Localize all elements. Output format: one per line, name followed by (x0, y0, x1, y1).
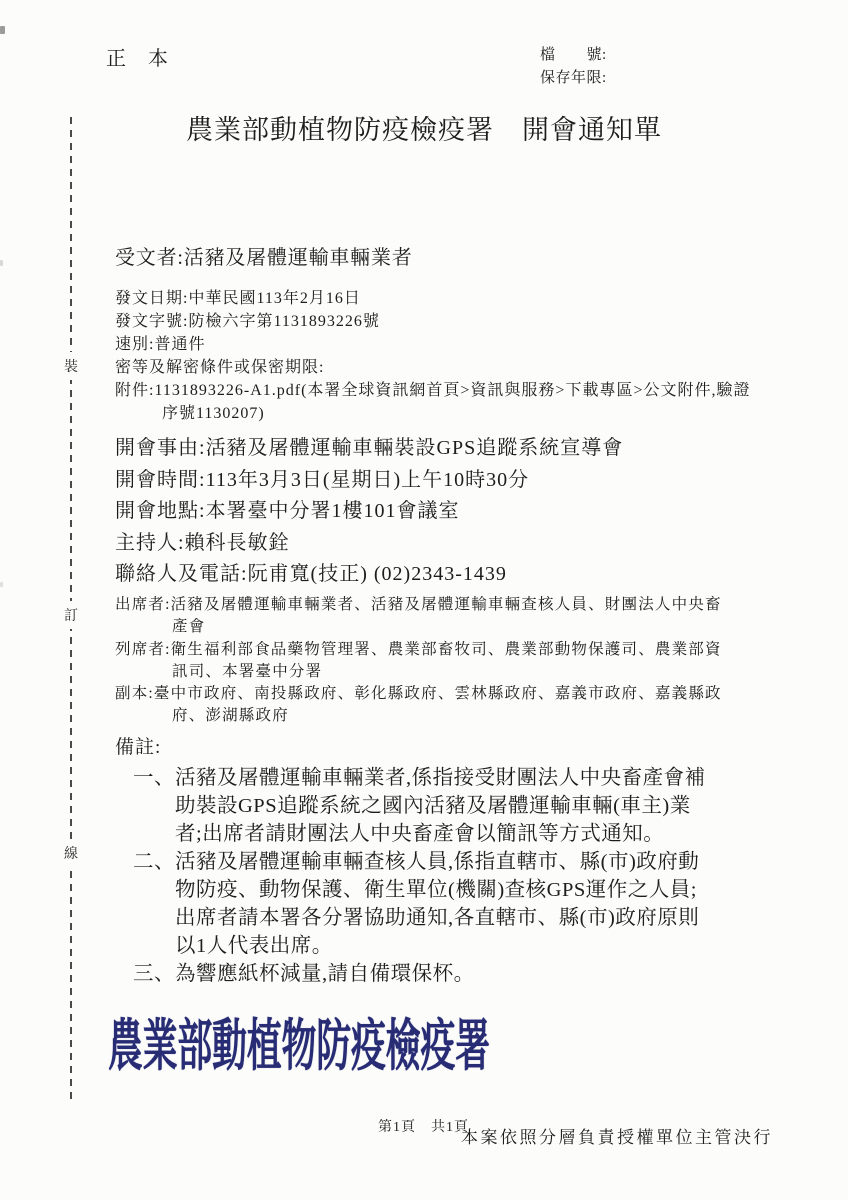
meeting-place-line: 開會地點:本署臺中分署1樓101會議室 (115, 496, 795, 528)
classification-label: 密等及解密條件或保密期限: (115, 359, 324, 376)
authorization-note: 本案依照分層負責授權單位主管決行 (461, 1123, 773, 1148)
scan-artifact (0, 26, 5, 34)
agency-seal-stamp: 農業部動植物防疫檢疫署 (108, 1002, 490, 1082)
document-meta-fields: 發文日期:中華民國113年2月16日 發文字號:防檢六字第1131893226號… (115, 287, 775, 425)
cc-label: 副本: (115, 685, 154, 702)
copy-type-label: 正 本 (106, 42, 169, 71)
recipient-label: 受文者: (115, 247, 184, 269)
remark-3-number: 三、 (133, 960, 175, 988)
meeting-subject-label: 開會事由: (115, 437, 206, 459)
document-title: 農業部動植物防疫檢疫署 開會通知單 (0, 108, 848, 147)
remark-item-2: 二、活豬及屠體運輸車輛查核人員,係指直轄市、縣(市)政府動 (133, 848, 795, 876)
remark-1-number: 一、 (133, 764, 175, 792)
remark-1-line3: 者;出席者請財團法人中央畜產會以簡訊等方式通知。 (133, 820, 795, 848)
remark-item-3: 三、為響應紙杯減量,請自備環保杯。 (133, 960, 795, 988)
cc-line: 副本:臺中市政府、南投縣政府、彰化縣政府、雲林縣政府、嘉義市政府、嘉義縣政 (115, 683, 775, 705)
meeting-subject-value: 活豬及屠體運輸車輛裝設GPS追蹤系統宣導會 (206, 437, 624, 459)
attachment-value-line2: 序號1130207) (162, 405, 265, 422)
remark-2-line2: 物防疫、動物保護、衛生單位(機關)查核GPS運作之人員; (133, 876, 795, 904)
binding-mark-zhuang: 裝 (63, 352, 79, 380)
priority-label: 速別: (115, 336, 154, 353)
remark-2-line4: 以1人代表出席。 (133, 932, 795, 960)
attendees-line-continued: 產會 (115, 616, 775, 638)
meeting-time-label: 開會時間: (115, 469, 206, 491)
remarks-heading: 備註: (115, 735, 795, 761)
meeting-subject-line: 開會事由:活豬及屠體運輸車輛裝設GPS追蹤系統宣導會 (115, 433, 795, 465)
file-info-block: 檔 號: 保存年限: (540, 44, 607, 90)
cc-value-line2: 府、澎湖縣政府 (172, 707, 289, 724)
cc-value-line1: 臺中市政府、南投縣政府、彰化縣政府、雲林縣政府、嘉義市政府、嘉義縣政 (154, 685, 722, 702)
priority-line: 速別:普通件 (115, 333, 775, 356)
meeting-notice-document: 裝 訂 線 正 本 檔 號: 保存年限: 農業部動植物防疫檢疫署 開會通知單 受… (0, 0, 848, 1200)
meeting-chair-value: 賴科長敏銓 (185, 532, 290, 554)
contact-label: 聯絡人及電話: (115, 563, 248, 585)
scan-artifact (0, 260, 3, 266)
observers-line: 列席者:衛生福利部食品藥物管理署、農業部畜牧司、農業部動物保護司、農業部資 (115, 639, 775, 661)
priority-value: 普通件 (154, 336, 205, 353)
remark-1-line2: 助裝設GPS追蹤系統之國內活豬及屠體運輸車輛(車主)業 (133, 792, 795, 820)
meeting-place-label: 開會地點: (115, 500, 206, 522)
attendees-value-line2: 產會 (172, 618, 205, 635)
retention-period-label: 保存年限: (540, 67, 607, 90)
doc-number-line: 發文字號:防檢六字第1131893226號 (115, 310, 775, 333)
contact-value: 阮甫寬(技正) (02)2343-1439 (248, 563, 507, 585)
meeting-time-value: 113年3月3日(星期日)上午10時30分 (206, 469, 530, 491)
meeting-details-block: 開會事由:活豬及屠體運輸車輛裝設GPS追蹤系統宣導會 開會時間:113年3月3日… (115, 433, 795, 591)
file-number-label: 檔 號: (540, 44, 607, 67)
page-number: 第1頁 共1頁 (378, 1116, 469, 1136)
issue-date-value: 中華民國113年2月16日 (188, 290, 360, 307)
remark-1-line1: 活豬及屠體運輸車輛業者,係指接受財團法人中央畜產會補 (175, 767, 706, 789)
observers-label: 列席者: (115, 641, 171, 658)
issue-date-label: 發文日期: (115, 290, 188, 307)
remark-2-number: 二、 (133, 848, 175, 876)
binding-mark-xian: 線 (63, 839, 79, 867)
cc-line-continued: 府、澎湖縣政府 (115, 705, 775, 727)
attendees-line: 出席者:活豬及屠體運輸車輛業者、活豬及屠體運輸車輛查核人員、財團法人中央畜 (115, 594, 775, 616)
issue-date-line: 發文日期:中華民國113年2月16日 (115, 287, 775, 310)
attendees-block: 出席者:活豬及屠體運輸車輛業者、活豬及屠體運輸車輛查核人員、財團法人中央畜 產會… (115, 594, 775, 728)
remark-3-line1: 為響應紙杯減量,請自備環保杯。 (175, 963, 475, 985)
observers-value-line1: 衛生福利部食品藥物管理署、農業部畜牧司、農業部動物保護司、農業部資 (171, 641, 722, 658)
recipient-value: 活豬及屠體運輸車輛業者 (184, 247, 413, 269)
observers-line-continued: 訊司、本署臺中分署 (115, 661, 775, 683)
remark-2-line3: 出席者請本署各分署協助通知,各直轄市、縣(市)政府原則 (133, 904, 795, 932)
remarks-block: 備註: 一、活豬及屠體運輸車輛業者,係指接受財團法人中央畜產會補 助裝設GPS追… (115, 735, 795, 988)
meeting-chair-line: 主持人:賴科長敏銓 (115, 528, 795, 560)
doc-number-label: 發文字號: (115, 313, 188, 330)
attachment-value-line1: 1131893226-A1.pdf(本署全球資訊網首頁>資訊與服務>下載專區>公… (154, 382, 750, 399)
meeting-place-value: 本署臺中分署1樓101會議室 (206, 500, 460, 522)
attendees-value-line1: 活豬及屠體運輸車輛業者、活豬及屠體運輸車輛查核人員、財團法人中央畜 (171, 596, 722, 613)
classification-line: 密等及解密條件或保密期限: (115, 356, 775, 379)
observers-value-line2: 訊司、本署臺中分署 (172, 663, 322, 680)
scan-artifact (0, 582, 3, 587)
recipient-line: 受文者:活豬及屠體運輸車輛業者 (115, 241, 413, 270)
attachment-line-continued: 序號1130207) (115, 402, 775, 425)
attendees-label: 出席者: (115, 596, 171, 613)
contact-line: 聯絡人及電話:阮甫寬(技正) (02)2343-1439 (115, 559, 795, 591)
remark-2-line1: 活豬及屠體運輸車輛查核人員,係指直轄市、縣(市)政府動 (175, 851, 699, 873)
attachment-label: 附件: (115, 382, 154, 399)
meeting-chair-label: 主持人: (115, 532, 185, 554)
binding-mark-ding: 訂 (63, 601, 79, 629)
doc-number-value: 防檢六字第1131893226號 (188, 313, 379, 330)
attachment-line: 附件:1131893226-A1.pdf(本署全球資訊網首頁>資訊與服務>下載專… (115, 379, 775, 402)
meeting-time-line: 開會時間:113年3月3日(星期日)上午10時30分 (115, 465, 795, 497)
remark-item-1: 一、活豬及屠體運輸車輛業者,係指接受財團法人中央畜產會補 (133, 764, 795, 792)
